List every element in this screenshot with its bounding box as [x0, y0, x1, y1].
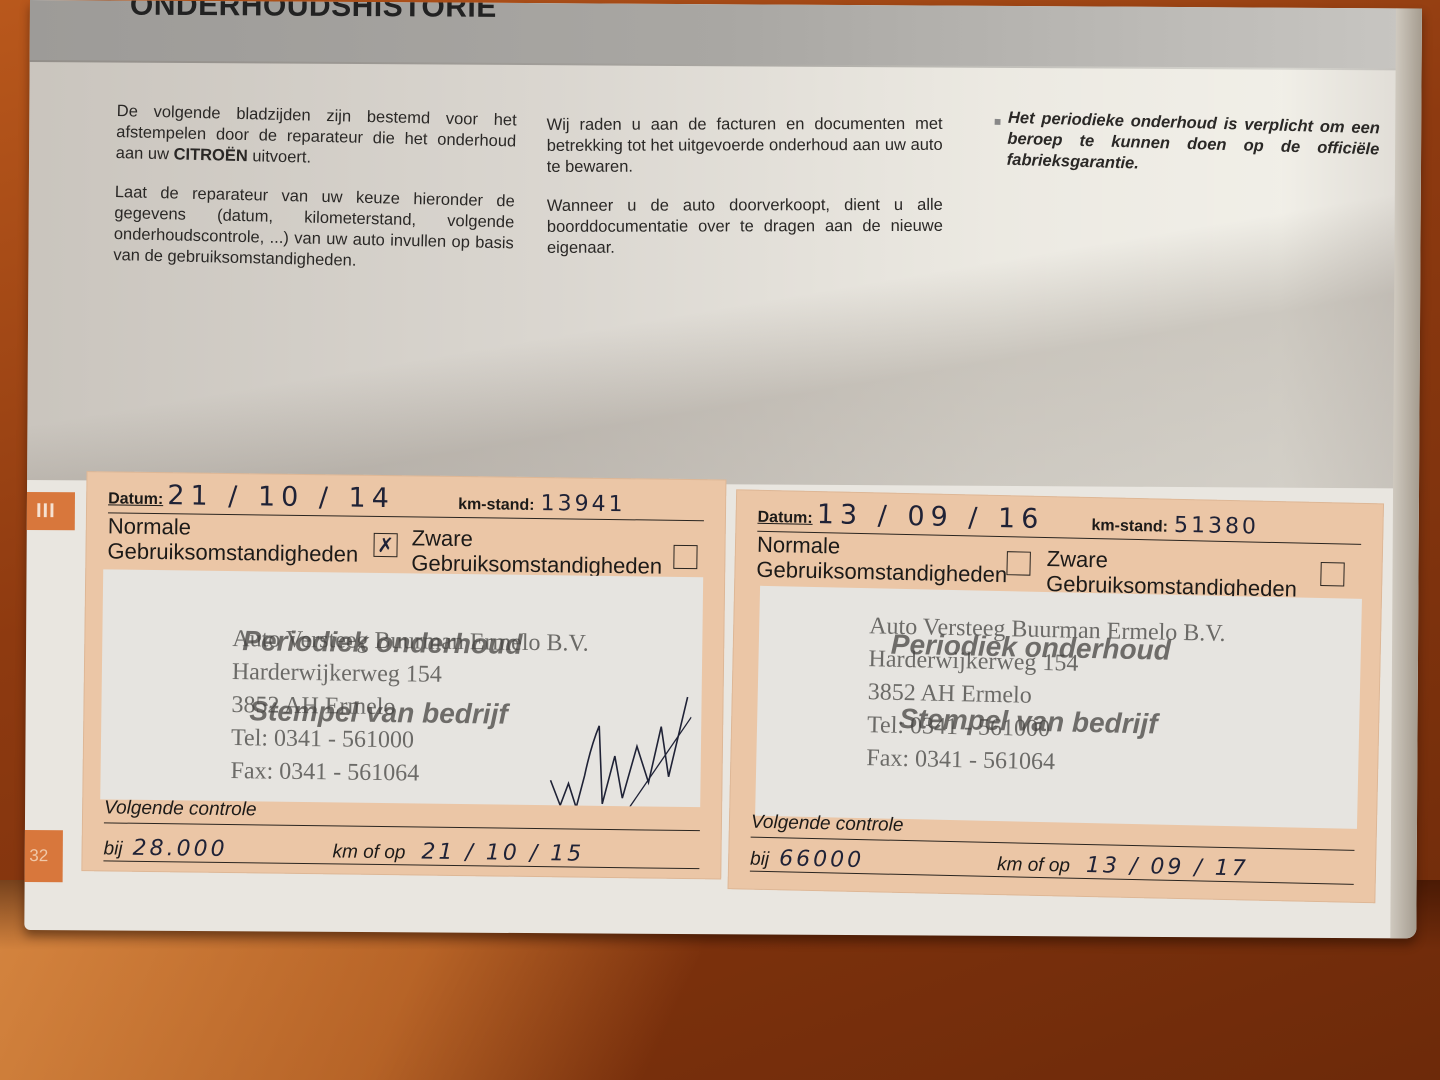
- maintenance-record: Datum: 13 / 09 / 16 km-stand: 51380 Norm…: [727, 489, 1384, 903]
- stamp-placeholder-title: Periodiek onderhoud: [242, 625, 522, 661]
- dealer-stamp-area: Auto Versteeg Buurman Ermelo B.V. Harder…: [755, 586, 1362, 829]
- next-date-value[interactable]: 21 / 10 / 15: [421, 840, 584, 867]
- bij-label: bij: [103, 838, 122, 860]
- next-service-values: bij 28.000 km of op 21 / 10 / 15: [103, 829, 699, 869]
- bullet-icon: ■: [994, 111, 1002, 132]
- page-number: 32: [24, 830, 63, 882]
- section-tab: III: [24, 492, 75, 530]
- intro-column-2: Wij raden u aan de facturen en documente…: [547, 114, 943, 277]
- next-service-label: Volgende controle: [751, 808, 904, 837]
- datum-label: Datum:: [757, 509, 812, 528]
- normal-conditions-checkbox[interactable]: [1006, 551, 1031, 576]
- intro-column-1: De volgende bladzijden zijn bestemd voor…: [113, 101, 517, 293]
- intro-paragraph: Laat de reparateur van uw keuze hieronde…: [113, 182, 515, 275]
- page-title: ONDERHOUDSHISTORIE: [130, 0, 497, 25]
- next-service-label: Volgende controle: [104, 793, 257, 821]
- normal-conditions-label: Normale Gebruiksomstandigheden: [756, 532, 1008, 587]
- km-of-op-label: km of op: [997, 854, 1070, 878]
- next-km-value[interactable]: 28.000: [132, 836, 332, 864]
- warranty-note: ■ Het periodieke onderhoud is verplicht …: [1006, 108, 1380, 200]
- km-stand-value[interactable]: 51380: [1174, 513, 1260, 540]
- heavy-conditions-checkbox[interactable]: [673, 545, 697, 569]
- next-service-row: Volgende controle: [104, 793, 700, 831]
- km-stand-value[interactable]: 13941: [540, 491, 625, 517]
- intro-paragraph: De volgende bladzijden zijn bestemd voor…: [116, 101, 517, 173]
- normal-conditions-checkbox[interactable]: ✗: [373, 533, 397, 557]
- normal-conditions-label: Normale Gebruiksomstandigheden: [107, 513, 358, 566]
- datum-label: Datum:: [108, 490, 163, 509]
- maintenance-record: Datum: 21 / 10 / 14 km-stand: 13941 Norm…: [81, 471, 726, 879]
- intro-paragraph: Wij raden u aan de facturen en documente…: [547, 114, 943, 178]
- dealer-stamp-area: Auto Versteeg Buurman Ermelo B.V. Harder…: [100, 569, 703, 807]
- heavy-conditions-checkbox[interactable]: [1320, 562, 1345, 587]
- dealer-fax: Fax: 0341 - 561064: [230, 755, 587, 793]
- dealer-street: Harderwijkerweg 154: [232, 656, 589, 694]
- km-stand-label: km-stand:: [1091, 517, 1168, 537]
- datum-value[interactable]: 21 / 10 / 14: [167, 480, 395, 514]
- bij-label: bij: [750, 849, 769, 871]
- next-date-value[interactable]: 13 / 09 / 17: [1086, 853, 1249, 882]
- check-mark-icon: ✗: [377, 532, 394, 557]
- stamp-placeholder-title: Periodiek onderhoud: [891, 629, 1172, 667]
- signature-icon: [540, 685, 692, 807]
- km-of-op-label: km of op: [332, 841, 405, 864]
- stamp-placeholder-company: Stempel van bedrijf: [899, 703, 1158, 741]
- page-edge: [1390, 8, 1422, 938]
- next-km-value[interactable]: 66000: [779, 846, 997, 876]
- brand-name: CITROËN: [173, 145, 248, 165]
- stamp-placeholder-company: Stempel van bedrijf: [249, 695, 508, 730]
- km-stand-label: km-stand:: [458, 496, 535, 515]
- booklet-page: ONDERHOUDSHISTORIE De volgende bladzijde…: [24, 0, 1422, 938]
- datum-value[interactable]: 13 / 09 / 16: [816, 499, 1044, 535]
- dealer-fax: Fax: 0341 - 561064: [866, 742, 1223, 783]
- heavy-conditions-label: Zware Gebruiksomstandigheden: [411, 525, 662, 578]
- intro-paragraph: Wanneer u de auto doorverkoopt, dient u …: [547, 195, 943, 259]
